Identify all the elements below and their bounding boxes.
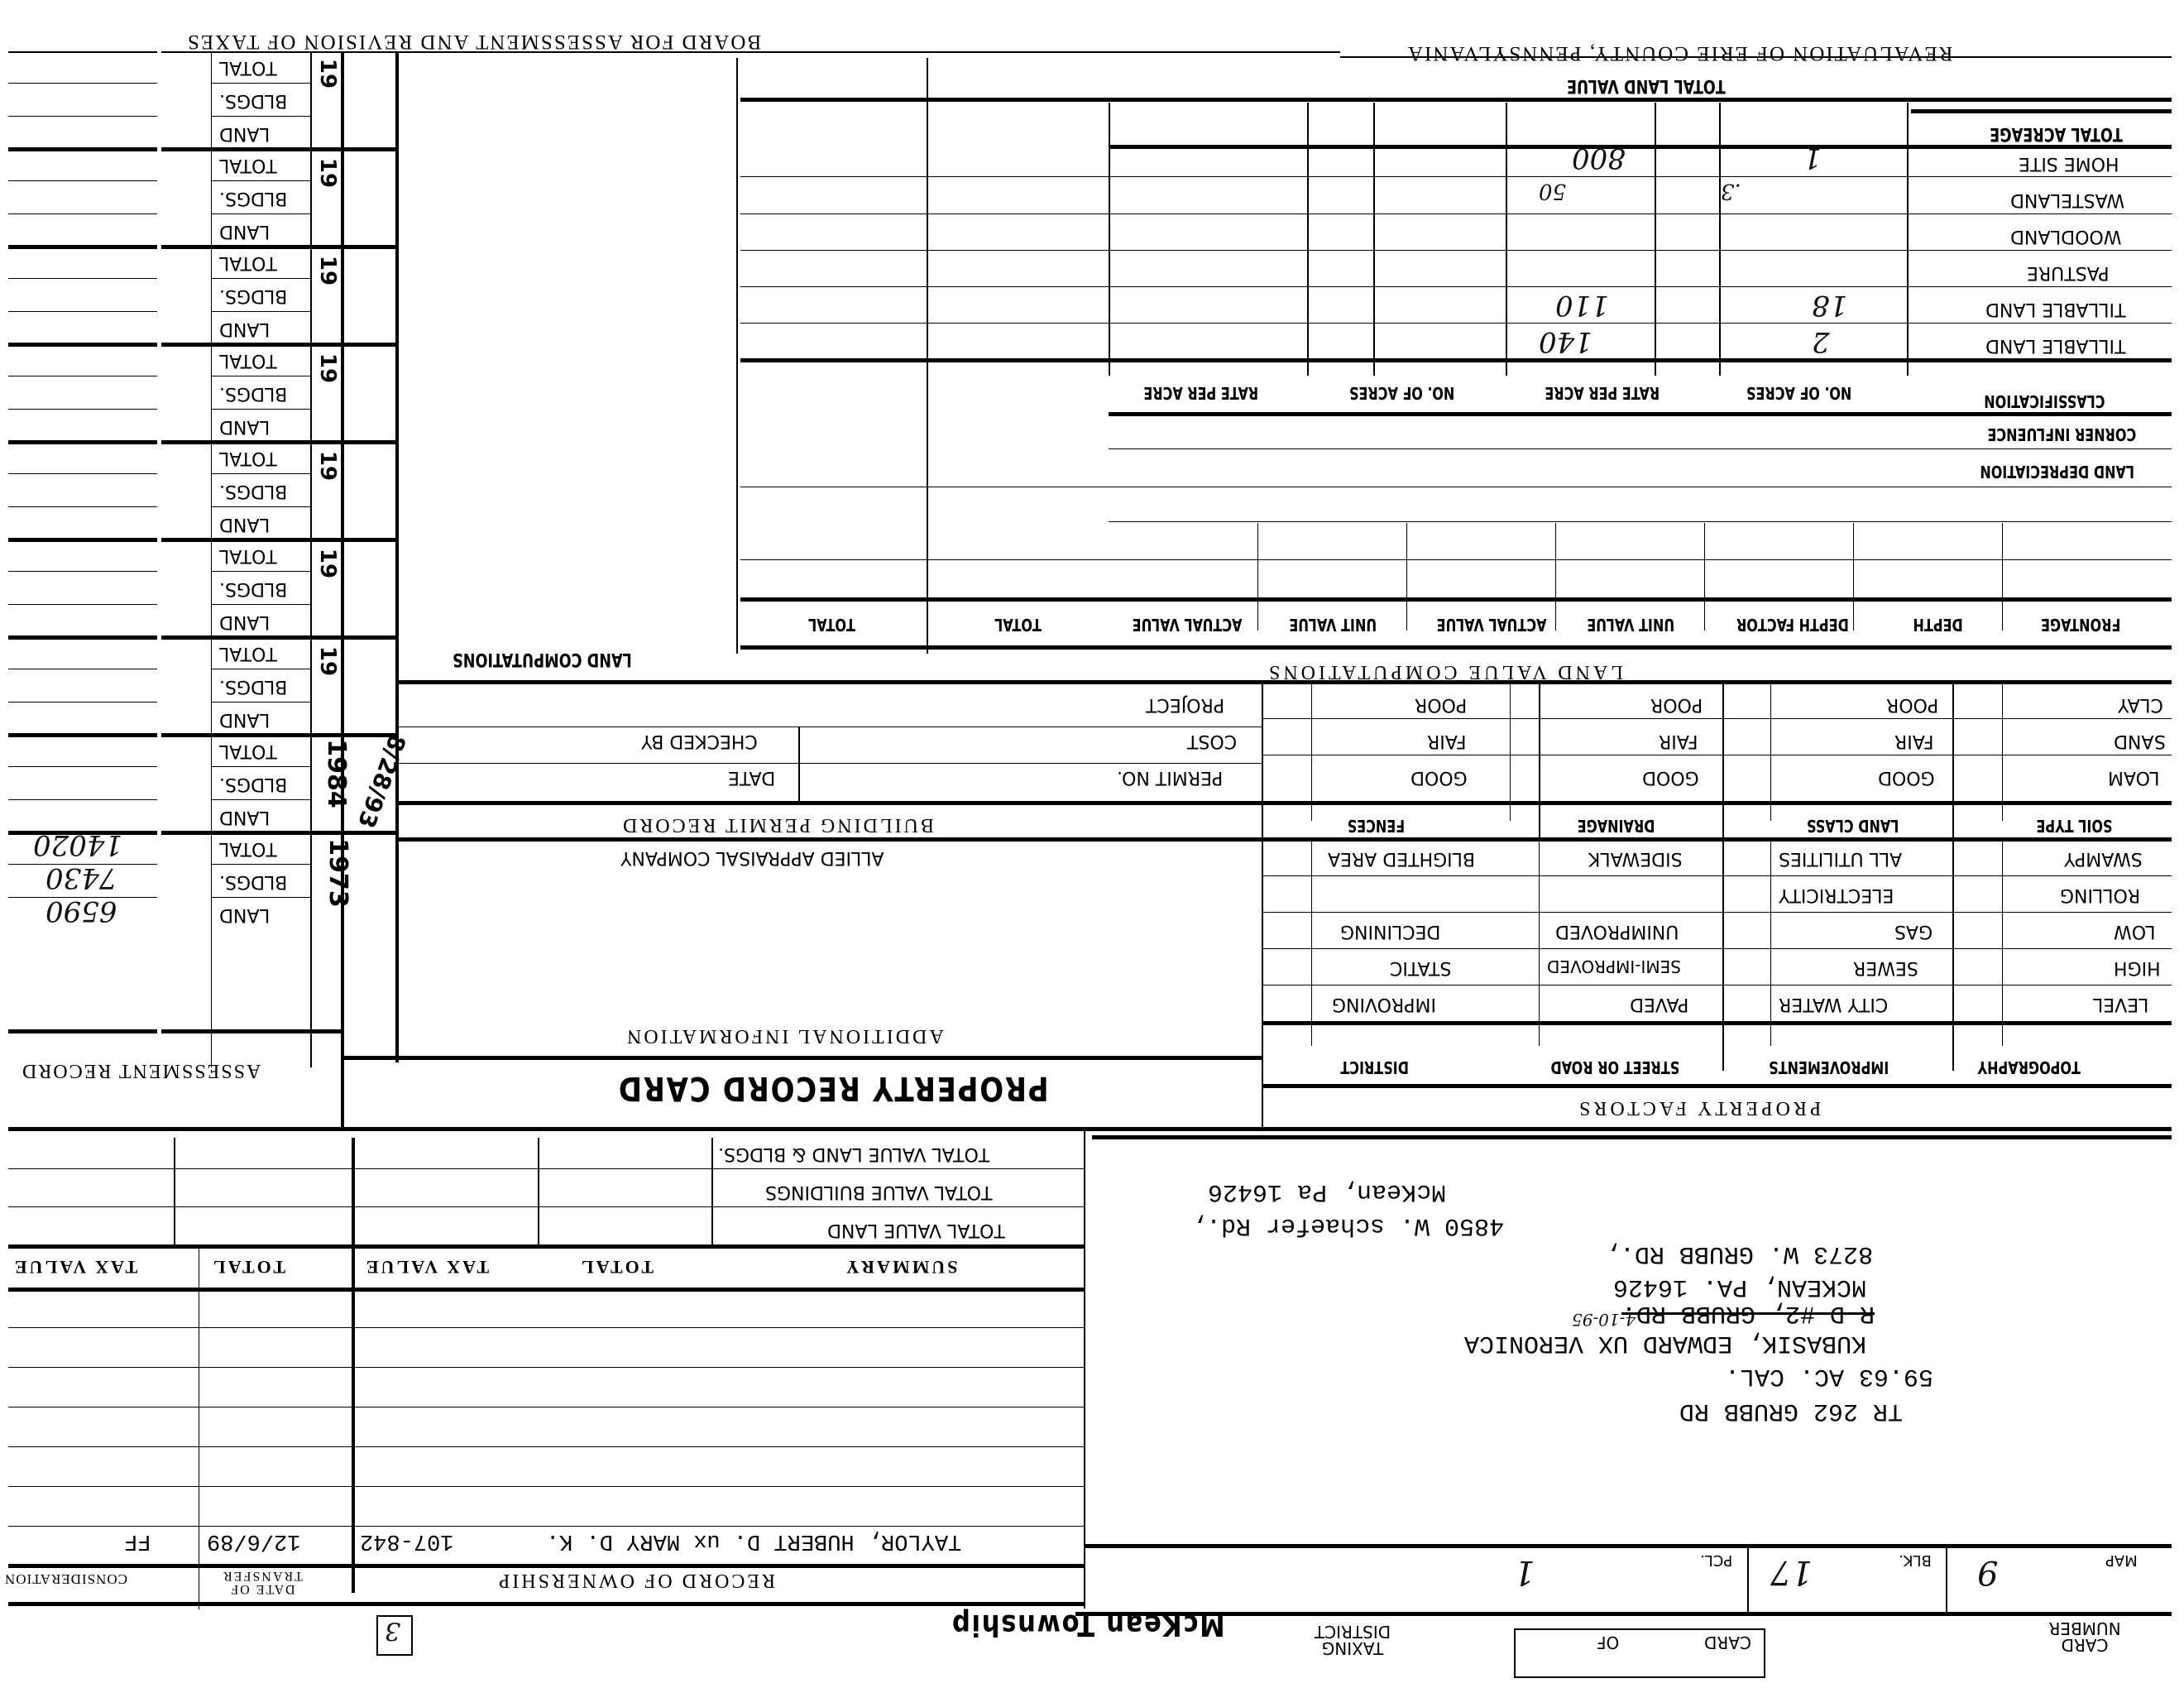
district-improving: IMPROVING <box>1332 995 1436 1013</box>
blk-label: BLK. <box>1899 1552 1932 1567</box>
assess-year-prefix: 19 <box>317 158 338 188</box>
home-site-rate: 800 <box>1572 144 1626 172</box>
assess-bldgs-label: BLDGS. <box>219 189 287 207</box>
woodland-label: WOODLAND <box>2010 227 2122 245</box>
summary-total-header: TOTAL <box>579 1258 654 1276</box>
rate-header-2: RATE PER ACRE <box>1143 385 1258 401</box>
imp-gas: GAS <box>1894 922 1933 940</box>
district-static: STATIC <box>1390 958 1451 976</box>
soil-loam: LOAM <box>2108 768 2159 786</box>
revaluation-title: REVALUATION OF ERIE COUNTY, PENNSYLVANIA <box>1406 43 1952 64</box>
total-header: TOTAL <box>994 616 1042 633</box>
map-value: 9 <box>1977 1556 1998 1589</box>
pasture-label: PASTURE <box>2027 263 2110 281</box>
assess-land-label: LAND <box>219 222 270 240</box>
owner-name: TAYLOR, HUBERT D. ux MARY D. K. <box>546 1529 961 1551</box>
topo-level: LEVEL <box>2093 995 2148 1013</box>
building-permit-title: BUILDING PERMIT RECORD <box>620 815 934 835</box>
date-of-transfer-label: DATE OF TRANSFER <box>208 1569 316 1595</box>
card-of-of-label: OF <box>1597 1634 1619 1651</box>
tillable-land-label: TILLABLE LAND <box>1985 300 2125 318</box>
board-title: BOARD FOR ASSESSMENT AND REVISION OF TAX… <box>186 31 761 52</box>
unit-value-header-2: UNIT VALUE <box>1289 616 1377 633</box>
summary-total-header-2: TOTAL <box>211 1258 285 1276</box>
land-class-fair: FAIR <box>1894 731 1933 750</box>
new-address-line1: 4850 W. schaefer Rd., <box>1191 1213 1504 1238</box>
property-factors-title: PROPERTY FACTORS <box>1576 1098 1821 1118</box>
assess-land-label: LAND <box>219 612 270 631</box>
imp-all-utilities: ALL UTILITIES <box>1779 849 1902 867</box>
improvements-header: IMPROVEMENTS <box>1769 1059 1889 1076</box>
assess-land-label: LAND <box>219 319 270 338</box>
assess-total-label: TOTAL <box>219 741 277 760</box>
home-site-label: HOME SITE <box>2019 154 2119 172</box>
drainage-good: GOOD <box>1642 768 1699 786</box>
permit-cost-label: COST <box>1187 731 1237 750</box>
township-name: McKean Township <box>951 1609 1224 1639</box>
corner-influence-label: CORNER INFLUENCE <box>1987 426 2136 443</box>
assess-year-prefix: 19 <box>317 646 338 676</box>
summary-total-land: TOTAL VALUE LAND <box>827 1220 1005 1239</box>
imp-electricity: ELECTRICITY <box>1779 885 1894 904</box>
street-paved: PAVED <box>1630 995 1688 1013</box>
imp-sewer: SEWER <box>1853 958 1918 976</box>
total-land-value-label: TOTAL LAND VALUE <box>1567 76 1726 94</box>
district-blighted-area: BLIGHTED AREA <box>1328 849 1475 867</box>
tillable-2-acres: 2 <box>1812 328 1830 356</box>
frontage-header: FRONTAGE <box>2041 616 2120 633</box>
tillable-1-rate: 110 <box>1555 291 1609 319</box>
drainage-poor: POOR <box>1650 695 1703 713</box>
topo-high: HIGH <box>2114 958 2161 976</box>
land-computations-label: LAND COMPUTATIONS <box>453 650 632 668</box>
acreage: 59.63 AC. CAL. <box>1725 1364 1933 1388</box>
assess-bldgs-label: BLDGS. <box>219 482 287 500</box>
assess-year-prefix: 19 <box>317 353 338 383</box>
assess-1984-bldgs: 7430 <box>45 864 117 892</box>
drainage-header: DRAINAGE <box>1578 818 1655 834</box>
fences-header: FENCES <box>1348 818 1405 834</box>
street-sidewalk: SIDEWALK <box>1588 849 1683 867</box>
assess-year-prefix: 19 <box>317 451 338 481</box>
permit-project-label: PROJECT <box>1146 695 1224 713</box>
land-depreciation-label: LAND DEPRECIATION <box>1980 463 2134 480</box>
assess-bldgs-label: BLDGS. <box>219 286 287 305</box>
property-location: TR 262 GRUBB RD <box>1679 1398 1903 1423</box>
assess-bldgs-label: BLDGS. <box>219 91 287 109</box>
assess-year-prefix: 19 <box>317 256 338 285</box>
checked-by-label: CHECKED BY <box>641 731 758 750</box>
assess-year-prefix: 19 <box>317 59 338 89</box>
classification-label: CLASSIFICATION <box>1984 393 2105 410</box>
tillable-1-acres: 18 <box>1812 291 1847 319</box>
depth-factor-header: DEPTH FACTOR <box>1736 616 1849 633</box>
assess-land-label: LAND <box>219 710 270 728</box>
land-value-computations-title: LAND VALUE COMPUTATIONS <box>1266 662 1623 682</box>
drainage-fair: FAIR <box>1659 731 1698 750</box>
permit-no-label: PERMIT NO. <box>1117 768 1223 786</box>
total-header-2: TOTAL <box>808 616 855 633</box>
assess-year-1973: 1973 <box>325 838 350 908</box>
topo-low: LOW <box>2114 922 2156 940</box>
assess-1984-total: 14020 <box>33 831 122 859</box>
assess-land-label: LAND <box>219 808 270 826</box>
assess-total-label: TOTAL <box>219 156 277 174</box>
acres-header-2: NO. OF ACRES <box>1349 385 1454 401</box>
assess-land-label: LAND <box>219 905 270 923</box>
assess-total-label: TOTAL <box>219 546 277 564</box>
assess-year-stamp-1984: 1984 <box>323 739 348 808</box>
topography-header: TOPOGRAPHY <box>1978 1059 2081 1076</box>
assess-bldgs-label: BLDGS. <box>219 677 287 695</box>
assess-total-label: TOTAL <box>219 839 277 857</box>
topo-rolling: ROLLING <box>2060 885 2140 904</box>
unit-value-header: UNIT VALUE <box>1587 616 1674 633</box>
old-address-struck: R D #2, GRUBB RD. <box>1621 1301 1875 1326</box>
summary-title: SUMMARY <box>844 1258 958 1276</box>
map-label: MAP <box>2105 1552 2138 1567</box>
assess-total-label: TOTAL <box>219 351 277 369</box>
record-of-ownership-title: RECORD OF OWNERSHIP <box>496 1571 775 1590</box>
property-record-card: BOARD FOR ASSESSMENT AND REVISION OF TAX… <box>0 0 2184 1688</box>
assess-date-stamp: 8/28/93 <box>354 731 409 831</box>
actual-value-header-2: ACTUAL VALUE <box>1133 616 1243 633</box>
land-class-good: GOOD <box>1878 768 1935 786</box>
imp-city-water: CITY WATER <box>1779 995 1888 1013</box>
summary-total-land-bldgs: TOTAL VALUE LAND & BLDGS. <box>718 1144 989 1163</box>
assess-bldgs-label: BLDGS. <box>219 579 287 597</box>
consideration-label: CONSIDERATION <box>4 1572 127 1586</box>
topo-swampy: SWAMPY <box>2064 849 2143 867</box>
assess-bldgs-label: BLDGS. <box>219 384 287 402</box>
tillable-land-label: TILLABLE LAND <box>1985 336 2125 354</box>
date-label: DATE <box>728 768 775 786</box>
fences-fair: FAIR <box>1427 731 1466 750</box>
wasteland-label: WASTELAND <box>2010 190 2124 209</box>
assess-land-label: LAND <box>219 515 270 533</box>
assessment-record-title: ASSESSMENT RECORD <box>21 1061 261 1081</box>
home-site-acres: 1 <box>1803 144 1822 172</box>
land-class-header: LAND CLASS <box>1807 818 1899 834</box>
pcl-value: 1 <box>1514 1556 1535 1589</box>
tillable-2-rate: 140 <box>1539 328 1592 356</box>
actual-value-header: ACTUAL VALUE <box>1437 616 1547 633</box>
soil-sand: SAND <box>2114 731 2166 750</box>
land-class-poor: POOR <box>1886 695 1938 713</box>
fences-poor: POOR <box>1415 695 1467 713</box>
taxing-district-label: TAXING DISTRICT <box>1303 1623 1402 1657</box>
assess-year-prefix: 19 <box>317 549 338 578</box>
acres-header-1: NO. OF ACRES <box>1746 385 1851 401</box>
assess-bldgs-label: BLDGS. <box>219 774 287 793</box>
district-header: DISTRICT <box>1340 1059 1409 1076</box>
city-line: MCKEAN, PA. 16426 <box>1613 1274 1866 1299</box>
summary-total-buildings: TOTAL VALUE BUILDINGS <box>765 1182 992 1201</box>
soil-type-header: SOIL TYPE <box>2037 818 2113 834</box>
owner-date: 12/6/89 <box>207 1529 300 1551</box>
street-semi-improved: SEMI-IMPROVED <box>1547 958 1681 975</box>
new-address-line2: McKean, Pa 16426 <box>1208 1179 1446 1204</box>
street-road-header: STREET OR ROAD <box>1550 1059 1679 1076</box>
pcl-label: PCL. <box>1700 1552 1732 1567</box>
depth-header: DEPTH <box>1913 616 1963 633</box>
card-of-card-label: CARD <box>1704 1634 1751 1651</box>
additional-info-title: ADDITIONAL INFORMATION <box>625 1026 944 1046</box>
assess-total-label: TOTAL <box>219 253 277 271</box>
allied-appraisal-label: ALLIED APPRAISAL COMPANY <box>620 848 884 866</box>
assess-1984-land: 6590 <box>45 897 117 925</box>
owner-consideration: FF <box>124 1529 151 1551</box>
fences-good: GOOD <box>1410 768 1468 786</box>
street-unimproved: UNIMPROVED <box>1555 922 1679 940</box>
assess-land-label: LAND <box>219 417 270 435</box>
rate-header-1: RATE PER ACRE <box>1545 385 1660 401</box>
assess-total-label: TOTAL <box>219 644 277 662</box>
card-number-label: CARD NUMBER <box>2043 1620 2126 1653</box>
address-grubb: 8273 W. GRUBB RD., <box>1605 1241 1873 1266</box>
old-address-note: 4-10-95 <box>1572 1312 1636 1328</box>
blk-value: 17 <box>1770 1556 1813 1589</box>
owner-deed: 107-842 <box>360 1529 453 1551</box>
wasteland-acres: .3 <box>1721 180 1741 202</box>
summary-tax-value-header-2: TAX VALUE <box>12 1258 137 1276</box>
owner-name-current: KUBASIK, EDWARD UX VERONICA <box>1464 1331 1866 1355</box>
property-record-card-title: PROPERTY RECORD CARD <box>617 1072 1049 1105</box>
wasteland-rate: 50 <box>1539 180 1566 202</box>
assess-total-label: TOTAL <box>219 58 277 76</box>
assess-land-label: LAND <box>219 124 270 142</box>
district-box-value: 3 <box>385 1618 400 1642</box>
assess-bldgs-label: BLDGS. <box>219 872 287 890</box>
district-declining: DECLINING <box>1340 922 1440 940</box>
assess-total-label: TOTAL <box>219 448 277 467</box>
total-acreage-label: TOTAL ACREAGE <box>1990 124 2123 142</box>
soil-clay: CLAY <box>2118 695 2163 713</box>
summary-tax-value-header: TAX VALUE <box>364 1258 489 1276</box>
